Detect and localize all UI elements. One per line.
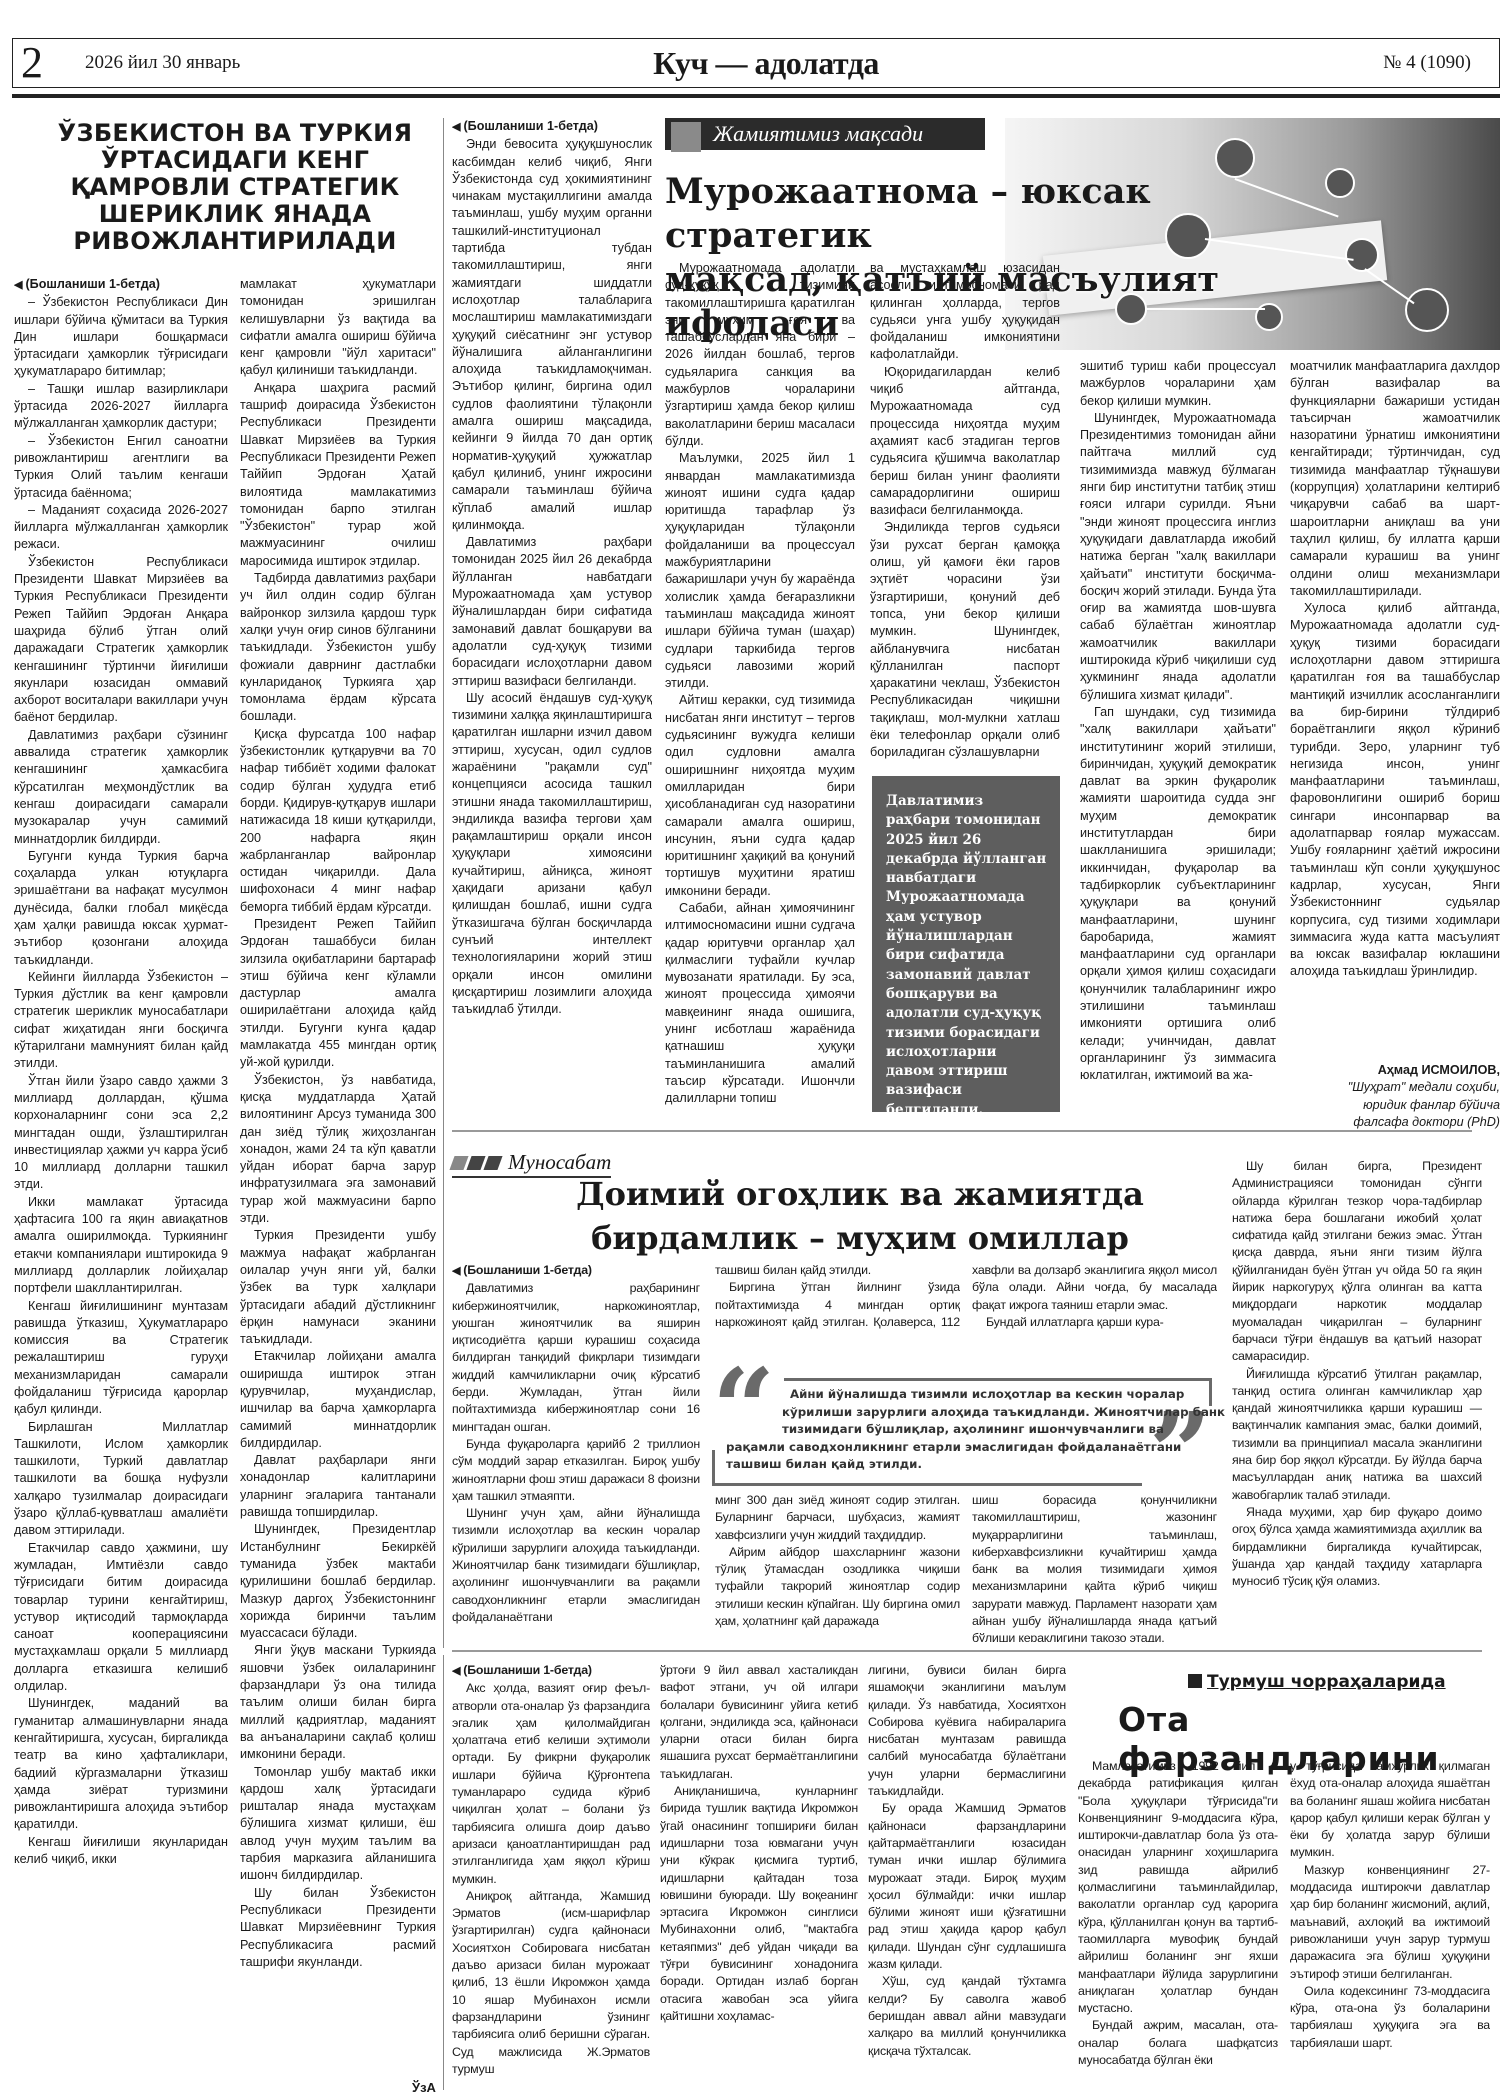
paragraph: Кейинги йилларда Ўзбекистон – Туркия дўс…: [14, 969, 228, 1073]
paragraph: Бундай ажрим, масалан, ота-оналар болага…: [1078, 2017, 1278, 2069]
paragraph: Шу билан Ўзбекистон Республикаси Президе…: [240, 1885, 436, 1971]
paragraph: хавфли ва долзарб эканлигига яққол мисол…: [972, 1262, 1217, 1314]
continued-label: (Бошланиши 1-бетда): [14, 276, 228, 294]
paragraph: ташвиш билан қайд этилди.: [715, 1262, 960, 1279]
quote-line: тизимидаги бўшлиқлар, аҳолининг ишончувч…: [722, 1421, 1142, 1439]
paragraph: Шунингдек, Президентлар Истанбулнинг Бек…: [240, 1521, 436, 1642]
paragraph: у тўғрисида ғамхўрлик қилмаган ёхуд ота-…: [1290, 1758, 1490, 1862]
masthead: 2 2026 йил 30 январь Куч — адолатда № 4 …: [12, 38, 1500, 88]
paragraph: Айтиш керакки, суд тизимида нисбатан янг…: [665, 692, 855, 900]
newspaper-title: Куч — адолатда: [373, 45, 1299, 82]
paragraph: Юқоридагилардан келиб чиқиб айтганда, Му…: [870, 364, 1060, 520]
appeal-column-b: ва мустаҳкамлаш юзасидан асосли илтимосн…: [870, 260, 1060, 765]
paragraph: Хўш, суд қандай тўхтамга келди? Бу савол…: [868, 1973, 1066, 2059]
issue-date: 2026 йил 30 январь: [73, 52, 373, 74]
family-column-d: Мамлакатимиз 1992 йил 9 декабрда ратифик…: [1078, 1758, 1278, 2093]
paragraph: ва мустаҳкамлаш юзасидан асосли илтимосн…: [870, 260, 1060, 364]
rubric-bars-icon: [452, 1156, 500, 1170]
family-column-b: ўртоғи 9 йил аввал хасталикдан вафот этг…: [660, 1662, 858, 2092]
paragraph: Ўзбекистон Республикаси Президенти Шавка…: [14, 554, 228, 727]
pull-quote-box: Давлатимиз раҳбари томонидан 2025 йил 26…: [872, 776, 1060, 1112]
paragraph: – Ўзбекистон Республикаси Дин ишлари бўй…: [14, 294, 228, 380]
paragraph: Анқара шаҳрига расмий ташриф доирасида Ў…: [240, 380, 436, 570]
network-node-icon: [1325, 168, 1355, 198]
paragraph: Янада муҳими, ҳар бир фуқаро доимо огоҳ …: [1232, 1504, 1482, 1590]
masthead-rule: [12, 94, 1500, 98]
author-name: Аҳмад ИСМОИЛОВ,: [1280, 1062, 1500, 1079]
paragraph: Етакчилар лойиҳани амалга оширишда иштир…: [240, 1348, 436, 1452]
headline-line: бирдамлик – муҳим омиллар: [540, 1216, 1180, 1260]
paragraph: Энди бевосита ҳуқуқшунослик касбимдан ке…: [452, 136, 652, 534]
family-column-a: (Бошланиши 1-бетда) Акс ҳолда, вазият оғ…: [452, 1662, 650, 2092]
headline-turkey: ЎЗБЕКИСТОН ВА ТУРКИЯ ЎРТАСИДАГИ КЕНГ ҚАМ…: [40, 120, 430, 255]
paragraph: Бирлашган Миллатлар Ташкилоти, Ислом ҳам…: [14, 1419, 228, 1540]
paragraph: Тадбирда давлатимиз раҳбари уч йил олдин…: [240, 570, 436, 726]
paragraph: Бунда фуқароларга қарийб 2 триллион сўм …: [452, 1436, 700, 1505]
issue-number: № 4 (1090): [1299, 52, 1499, 74]
paragraph: Мазкур конвенциянинг 27-моддасида иштиро…: [1290, 1862, 1490, 1983]
appeal-column-c: эшитиб туриш каби процессуал мажбурлов ч…: [1080, 358, 1276, 1128]
author-role: "Шуҳрат" медали соҳиби,: [1280, 1079, 1500, 1096]
paragraph: моатчилик манфаатларига дахлдор бўлган в…: [1290, 358, 1500, 600]
continued-label: (Бошланиши 1-бетда): [452, 1662, 650, 1680]
paragraph: Давлат раҳбарлари янги хонадонлар калитл…: [240, 1452, 436, 1521]
paragraph: Мамлакатимиз 1992 йил 9 декабрда ратифик…: [1078, 1758, 1278, 2017]
paragraph: – Ўзбекистон Енгил саноатни ривожлантири…: [14, 433, 228, 502]
rubric-life-crossroads: Турмуш чорраҳаларида: [1188, 1672, 1446, 1692]
pull-quote: “ ” Айни йўналишда тизимли ислоҳотлар ва…: [712, 1378, 1212, 1478]
paragraph: Ўтган йили ўзаро савдо ҳажми 3 миллиард …: [14, 1073, 228, 1194]
paragraph: эшитиб туриш каби процессуал мажбурлов ч…: [1080, 358, 1276, 410]
continued-label: (Бошланиши 1-бетда): [452, 118, 652, 136]
vigilance-column-b-bottom: минг 300 дан зиёд жиноят содир этилган. …: [715, 1492, 960, 1642]
paragraph: Йиғилишда кўрсатиб ўтилган рақамлар, тан…: [1232, 1366, 1482, 1504]
appeal-column-d: моатчилик манфаатларига дахлдор бўлган в…: [1290, 358, 1500, 1058]
paragraph: Оила кодексининг 73-моддасига кўра, ота-…: [1290, 1983, 1490, 2052]
vigilance-column-c-bottom: шиш борасида қонунчиликни такомиллаштири…: [972, 1492, 1217, 1642]
paragraph: Янги ўқув маскани Туркияда яшовчи ўзбек …: [240, 1642, 436, 1763]
paragraph: Биргина ўтган йилнинг ўзида пойтахтимизд…: [715, 1279, 960, 1334]
author-signature: Аҳмад ИСМОИЛОВ, "Шуҳрат" медали соҳиби, …: [1280, 1062, 1500, 1131]
paragraph: мамлакат ҳукуматлари томонидан эришилган…: [240, 276, 436, 380]
paragraph: Шунинг учун ҳам, айни йўналишда тизимли …: [452, 1505, 700, 1626]
page-number: 2: [13, 41, 73, 85]
quote-frame: [784, 1378, 1212, 1381]
paragraph: Етакчилар савдо ҳажмини, шу жумладан, Им…: [14, 1540, 228, 1696]
paragraph: Давлатимиз раҳбари томонидан 2025 йил 26…: [452, 534, 652, 690]
turkey-column-2: мамлакат ҳукуматлари томонидан эришилган…: [240, 276, 436, 2086]
rubric-square-icon: [671, 122, 701, 152]
paragraph: Бундай иллатларга қарши кура-: [972, 1314, 1217, 1331]
quote-frame: [712, 1483, 1142, 1486]
paragraph: Ўзбекистон, ўз навбатида, қисқа муддатла…: [240, 1072, 436, 1228]
column-divider: [443, 1655, 444, 2090]
paragraph: Аниқроқ айтганда, Жамшид Эрматов (исм-ша…: [452, 1888, 650, 2078]
paragraph: Давлатимиз раҳбарининг кибержиноятчилик,…: [452, 1280, 700, 1436]
paragraph: шиш борасида қонунчиликни такомиллаштири…: [972, 1492, 1217, 1642]
vigilance-column-c-top: хавфли ва долзарб эканлигига яққол мисол…: [972, 1262, 1217, 1352]
rubric-square-icon: [1188, 1674, 1202, 1688]
paragraph: Икки мамлакат ўртасида ҳафтасига 100 га …: [14, 1194, 228, 1298]
vigilance-column-d: Шу билан бирга, Президент Администрацияс…: [1232, 1158, 1482, 1643]
paragraph: Кенгаш йиғилиши якунларидан келиб чиқиб,…: [14, 1834, 228, 1869]
family-column-e: у тўғрисида ғамхўрлик қилмаган ёхуд ота-…: [1290, 1758, 1490, 2093]
rubric-label: Турмуш чорраҳаларида: [1207, 1672, 1446, 1692]
author-role: фалсафа доктори (PhD): [1280, 1114, 1500, 1131]
author-role: юридик фанлар бўйича: [1280, 1097, 1500, 1114]
paragraph: Эндиликда тергов судьяси ўзи рухсат берг…: [870, 519, 1060, 761]
rubric-label: Жамиятимиз мақсади: [713, 121, 923, 146]
quote-line: Айни йўналишда тизимли ислоҳотлар ва кес…: [722, 1386, 1142, 1404]
quote-line: кўрилиши зарурлиги алоҳида таъкидланди. …: [722, 1404, 1142, 1422]
paragraph: Давлатимиз раҳбари сўзининг аввалида стр…: [14, 727, 228, 848]
pull-quote-text: Айни йўналишда тизимли ислоҳотлар ва кес…: [722, 1386, 1142, 1474]
turkey-column-1: (Бошланиши 1-бетда) – Ўзбекистон Республ…: [14, 276, 228, 2091]
paragraph: Бугунги кунда Туркия барча соҳаларда улк…: [14, 848, 228, 969]
paragraph: лигини, бувиси билан бирга яшамоқчи экан…: [868, 1662, 1066, 1800]
paragraph: Кенгаш йиғилишининг мунтазам равишда ўтк…: [14, 1298, 228, 1419]
appeal-column-a: Мурожаатномада адолатли суд-ҳуқуқ тизими…: [665, 260, 855, 1125]
paragraph: ўртоғи 9 йил аввал хасталикдан вафот этг…: [660, 1662, 858, 1783]
paragraph: Туркия Президенти ушбу мажмуа нафақат жа…: [240, 1227, 436, 1348]
paragraph: Шу асосий ёндашув суд-ҳуқуқ тизимини хал…: [452, 690, 652, 1019]
source-credit: ЎзА: [412, 2080, 436, 2095]
paragraph: – Маданият соҳасида 2026-2027 йилларга м…: [14, 502, 228, 554]
column-divider: [443, 118, 444, 1648]
headline-vigilance: Доимий огоҳлик ва жамиятда бирдамлик – м…: [540, 1172, 1180, 1260]
paragraph: Қисқа фурсатда 100 нафар ўзбекистонлик қ…: [240, 726, 436, 916]
section-divider: [452, 1130, 1472, 1132]
network-node-icon: [1345, 238, 1379, 272]
quote-line: рақамли саводхонликнинг етарли эмаслигид…: [722, 1439, 1142, 1457]
headline-line: Мурожаатнома – юксак стратегик: [665, 170, 1305, 258]
vigilance-column-b-top: ташвиш билан қайд этилди. Биргина ўтган …: [715, 1262, 960, 1334]
network-line: [1365, 268, 1415, 304]
paragraph: Президент Режеп Таййип Эрдоған ташаббуси…: [240, 916, 436, 1072]
paragraph: Гап шундаки, суд тизимида "халқ вакиллар…: [1080, 704, 1276, 1085]
paragraph: Бу орада Жамшид Эрматов қайнонаси фарзан…: [868, 1800, 1066, 1973]
paragraph: Хулоса қилиб айтганда, Мурожаатномада ад…: [1290, 600, 1500, 981]
vigilance-column-a: (Бошланиши 1-бетда) Давлатимиз раҳбарини…: [452, 1262, 700, 1642]
paragraph: Шунингдек, Мурожаатномада Президентимиз …: [1080, 410, 1276, 704]
paragraph: – Ташқи ишлар вазирликлари ўртасида 2026…: [14, 381, 228, 433]
family-column-c: лигини, бувиси билан бирга яшамоқчи экан…: [868, 1662, 1066, 2092]
network-node-icon: [1405, 288, 1449, 332]
paragraph: Шу билан бирга, Президент Администрацияс…: [1232, 1158, 1482, 1366]
paragraph: Сабаби, айнан ҳимоячининг илтимосномасин…: [665, 900, 855, 1108]
headline-line: Доимий огоҳлик ва жамиятда: [540, 1172, 1180, 1216]
paragraph: Айрим айбдор шахсларнинг жазони тўлиқ ўт…: [715, 1544, 960, 1630]
paragraph: Маълумки, 2025 йил 1 январдан мамлакатим…: [665, 450, 855, 692]
paragraph: Мурожаатномада адолатли суд-ҳуқуқ тизими…: [665, 260, 855, 450]
court-column-continued: (Бошланиши 1-бетда) Энди бевосита ҳуқуқш…: [452, 118, 652, 1128]
paragraph: Аниқланишича, кунларнинг бирида тушлик в…: [660, 1783, 858, 2025]
rubric-society-goal: Жамиятимиз мақсади: [665, 118, 985, 150]
paragraph: Шунингдек, маданий ва гуманитар алмашину…: [14, 1695, 228, 1833]
quote-line: ташвиш билан қайд этилди.: [722, 1456, 1142, 1474]
paragraph: Акс ҳолда, вазият оғир феъл-атворли ота-…: [452, 1680, 650, 1888]
paragraph: минг 300 дан зиёд жиноят содир этилган. …: [715, 1492, 960, 1544]
continued-label: (Бошланиши 1-бетда): [452, 1262, 700, 1280]
paragraph: Томонлар ушбу мактаб икки қардош халқ ўр…: [240, 1764, 436, 1885]
section-divider: [452, 1650, 1482, 1652]
